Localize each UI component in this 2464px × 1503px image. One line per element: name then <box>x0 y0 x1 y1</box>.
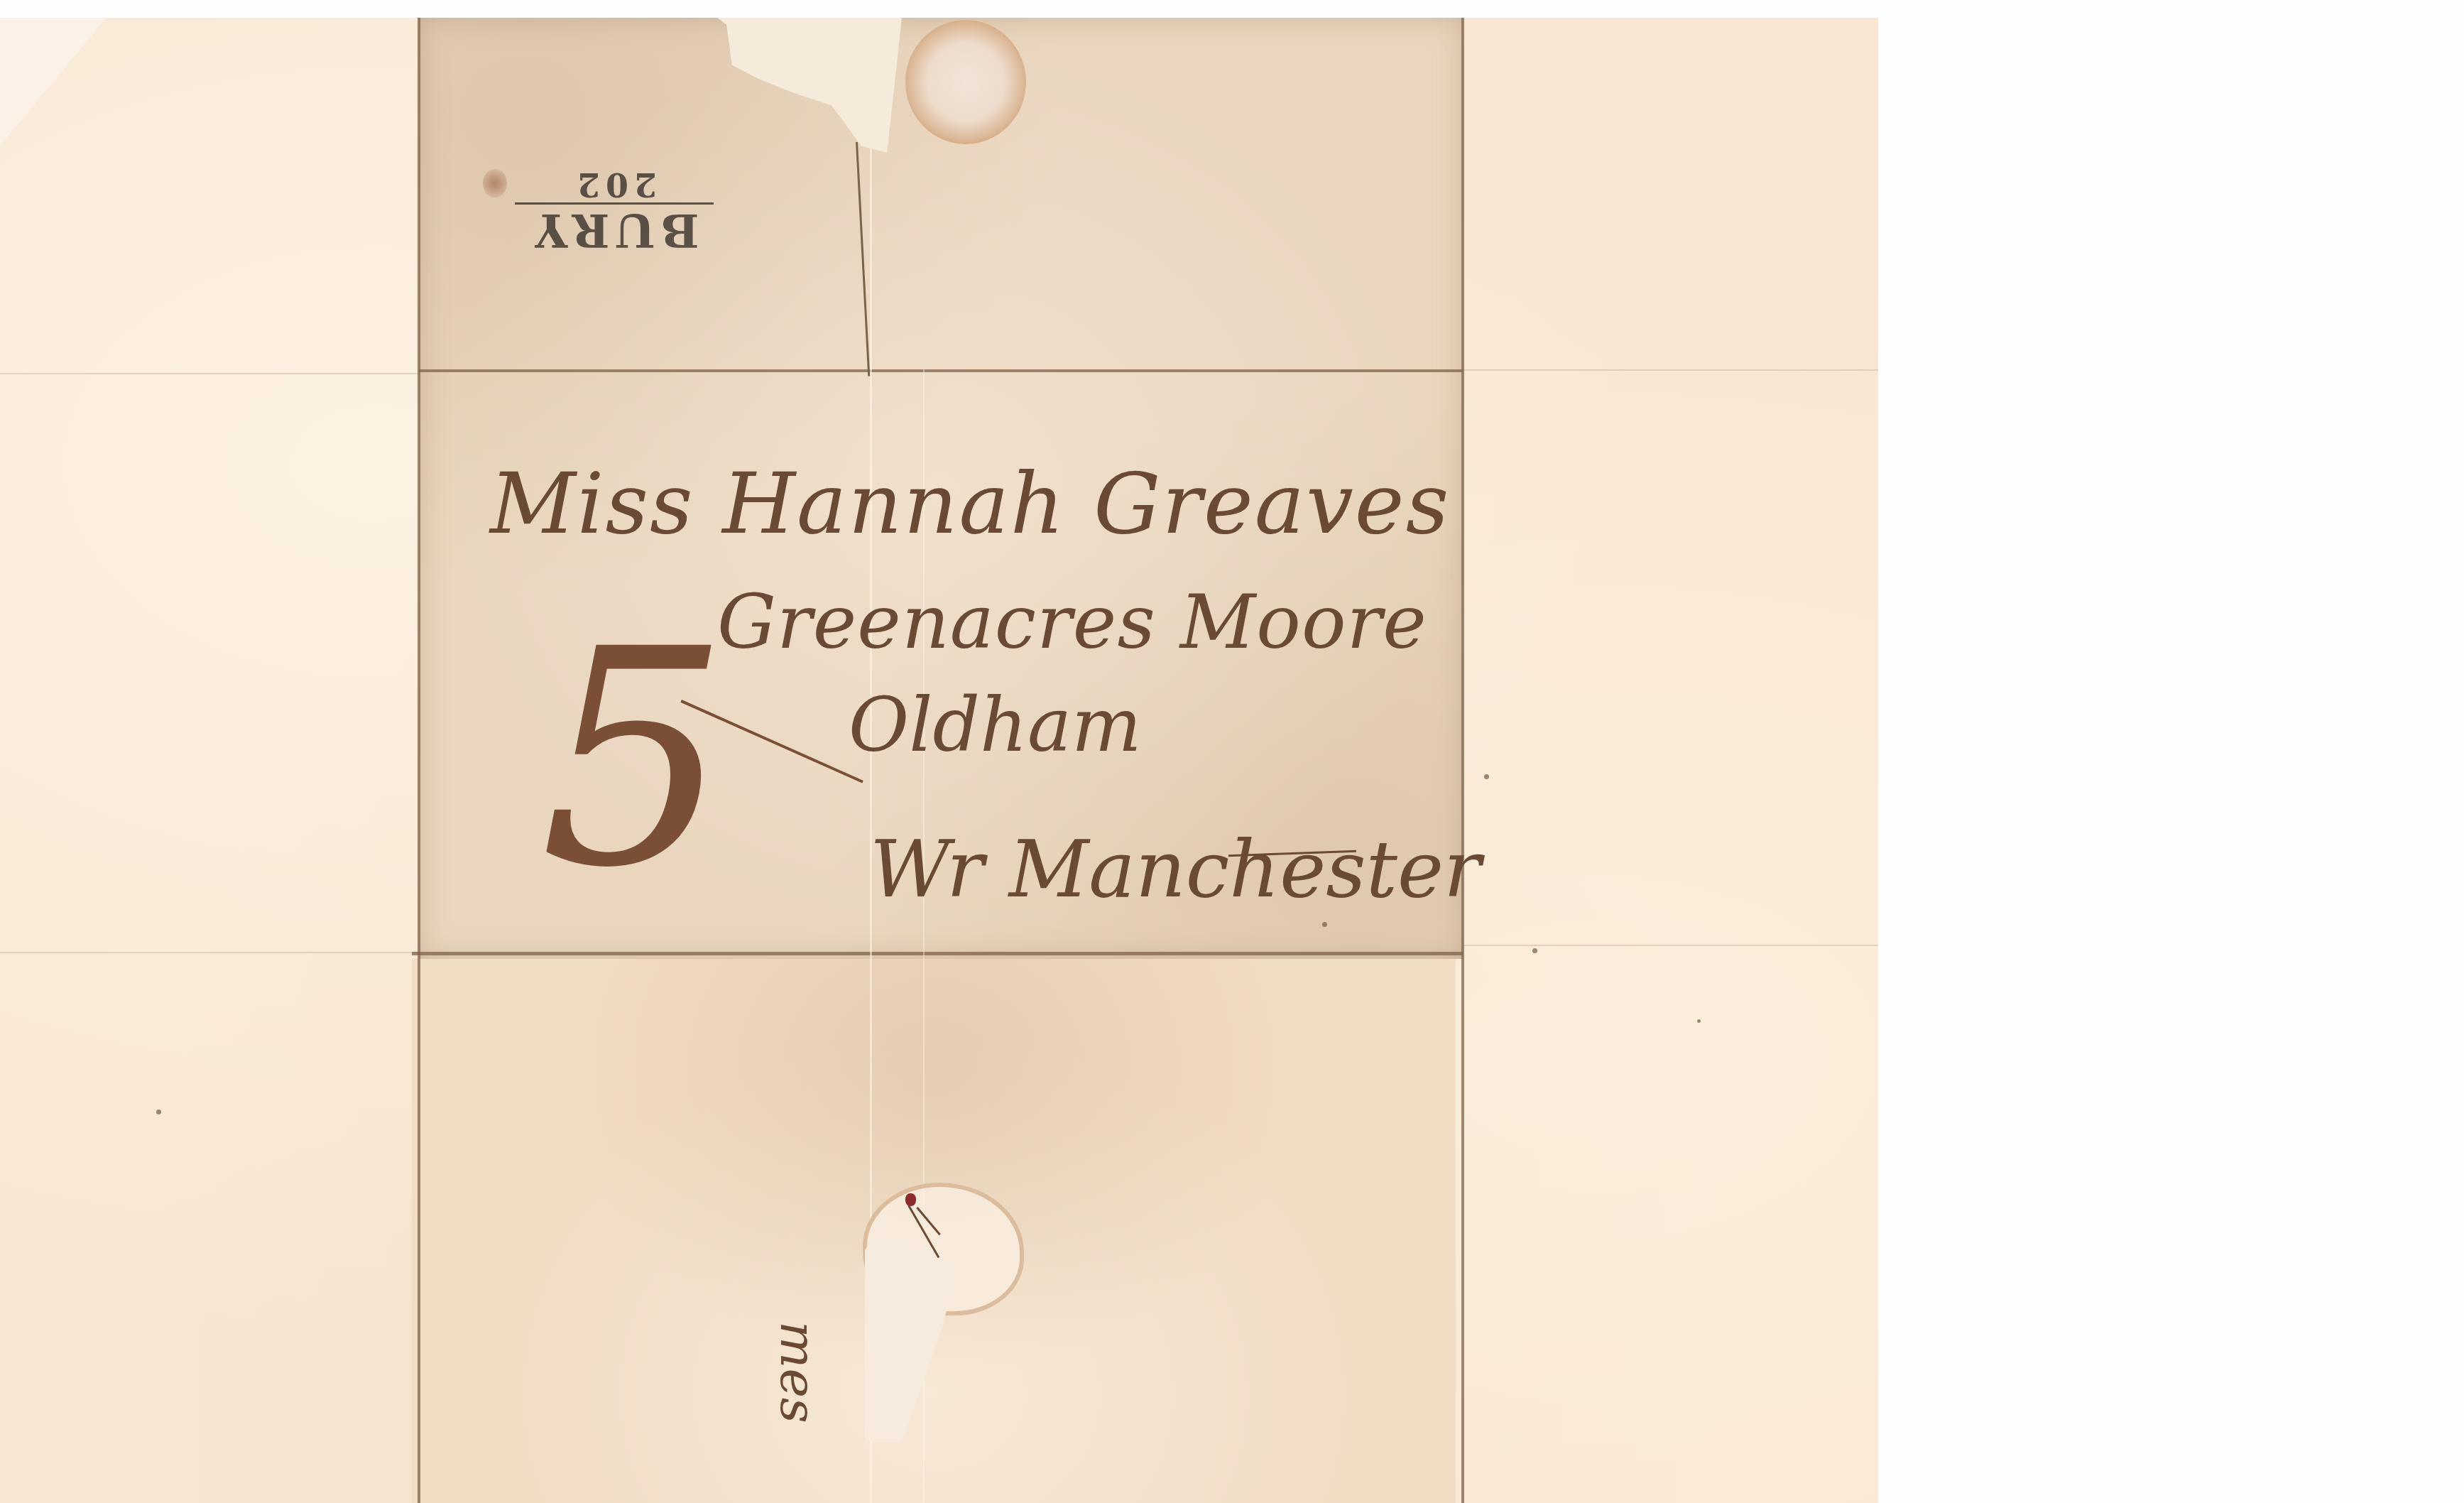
speck <box>1322 922 1327 927</box>
fold-line <box>1463 369 1878 371</box>
handstamp-mileage: 202 <box>515 167 714 205</box>
fold-line <box>1463 945 1878 946</box>
fold-line <box>0 373 419 374</box>
address-town: Oldham <box>849 682 1142 769</box>
fold-line <box>1461 18 1464 1503</box>
speck <box>1484 774 1489 779</box>
handstamp-town: BURY <box>472 205 756 254</box>
address-locality: Greenacres Moore <box>717 579 1427 666</box>
red-wax-icon <box>905 1193 916 1206</box>
speck <box>156 1109 161 1114</box>
fold-line <box>419 369 1463 372</box>
wax-seal-remnant-icon <box>905 20 1026 144</box>
torn-corner <box>0 18 107 146</box>
postal-handstamp: BURY 202 <box>472 155 756 254</box>
fold-line <box>0 952 419 953</box>
speck <box>1697 1019 1701 1023</box>
manuscript-rate: 5 <box>540 611 729 909</box>
fold-line <box>412 952 1463 955</box>
fold-line <box>418 18 420 1503</box>
address-recipient: Miss Hannah Greaves <box>490 455 1450 553</box>
speck <box>1532 948 1537 953</box>
fragment-text: mes <box>769 1321 827 1423</box>
address-routing: Wr Manchester <box>870 824 1481 915</box>
